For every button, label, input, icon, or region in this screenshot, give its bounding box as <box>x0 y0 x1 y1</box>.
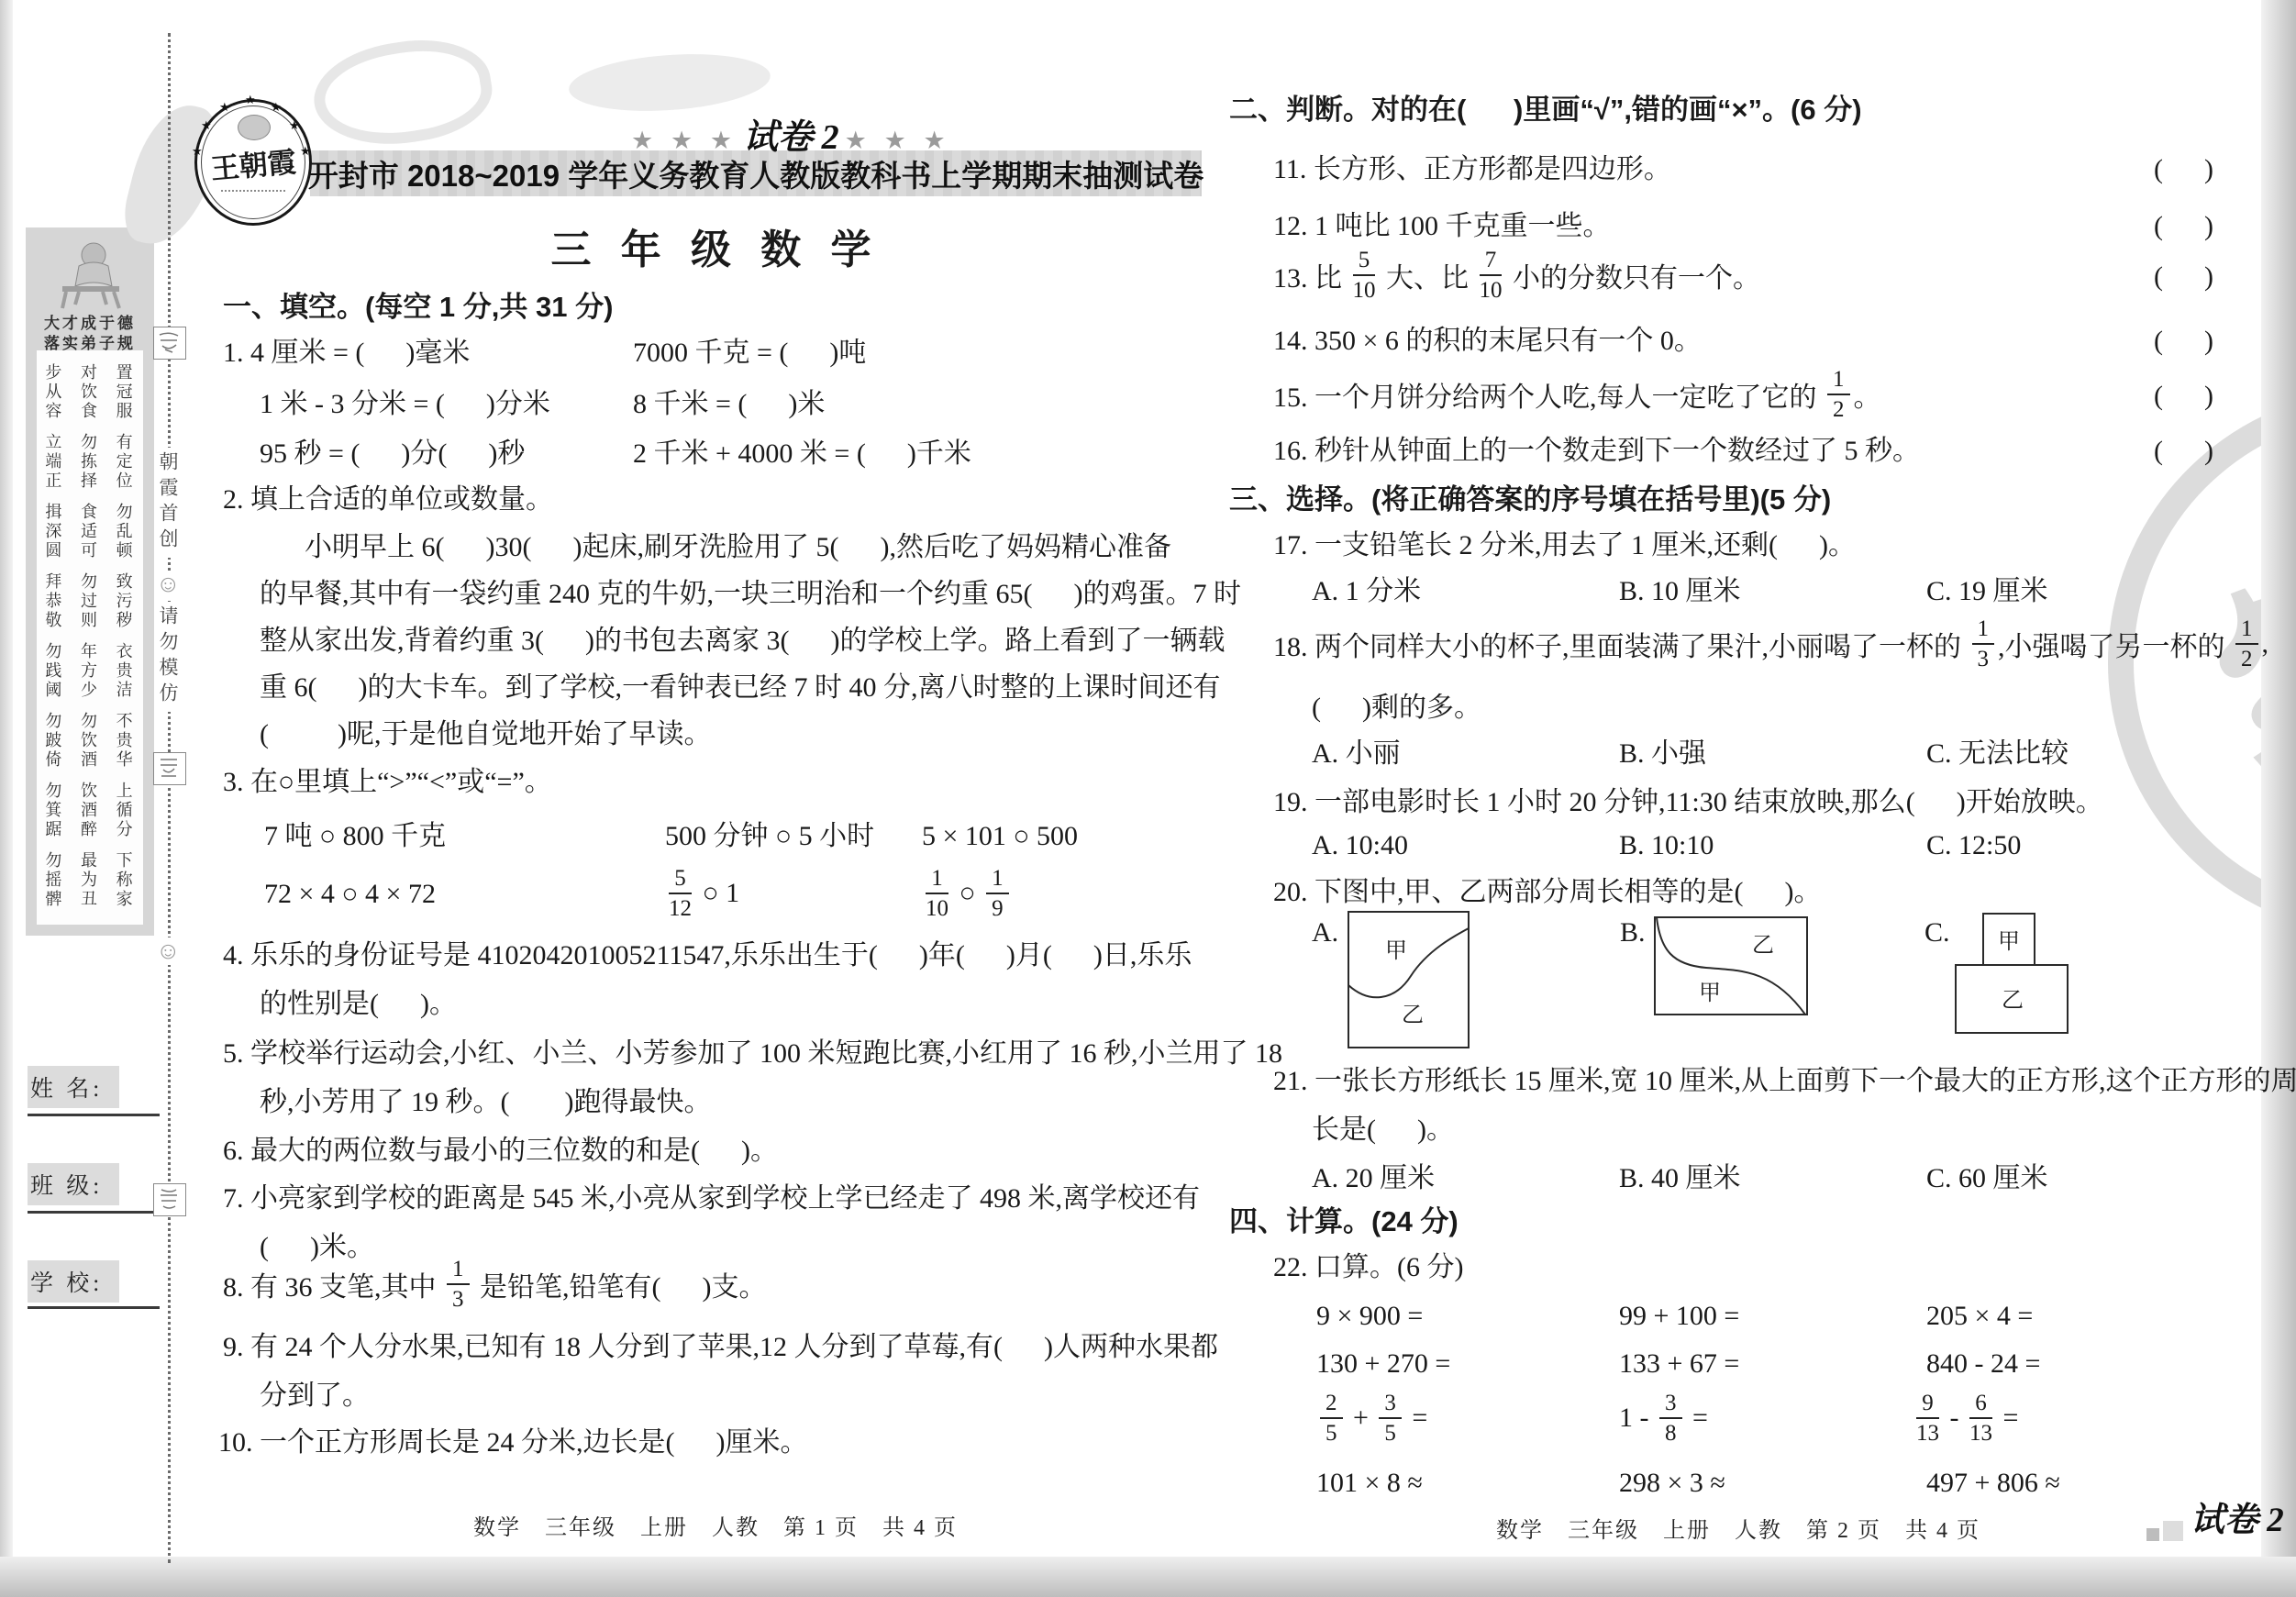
q3-r1-item2: 500 分钟 ○ 5 小时 <box>665 821 874 852</box>
calc-r4c2: 298 × 3 ≈ <box>1619 1468 1725 1499</box>
q3-r2-item3: 110 ○ 19 <box>922 860 1013 926</box>
section2-title: 二、判断。对的在( )里画“√”,错的画“×”。(6 分) <box>1229 94 1862 126</box>
judge-item-11: 11. 长方形、正方形都是四边形。 <box>1273 154 1671 185</box>
verse-phrase: 勿拣择 <box>81 433 99 491</box>
verse-phrase: 勿践阈 <box>45 642 63 700</box>
judge-item-16: 16. 秒针从钟面上的一个数走到下一个数经过了 5 秒。 <box>1273 436 1920 467</box>
svg-text:乙: 乙 <box>1402 1004 1424 1027</box>
q19-option-a[interactable]: A. 10:40 <box>1312 830 1408 861</box>
q18-option-a[interactable]: A. 小丽 <box>1312 738 1401 770</box>
star-icon: ★ <box>245 93 256 107</box>
fraction: 13 <box>1972 616 1995 672</box>
seal-stamp-icon <box>153 327 186 360</box>
fraction: 35 <box>1379 1391 1402 1447</box>
fold-dotted-line <box>168 33 171 1563</box>
scan-edge-right <box>2261 0 2296 1597</box>
stars-right: ★ ★ ★ <box>845 127 951 154</box>
q5-line1: 5. 学校举行运动会,小红、小兰、小芳参加了 100 米短跑比赛,小红用了 16… <box>223 1038 1282 1070</box>
q1-row3-left: 95 秒 = ( )分( )秒 <box>260 438 525 470</box>
verse-phrase: 上循分 <box>116 782 135 839</box>
q20-figure-c: 甲 乙 <box>1950 910 2079 1038</box>
dizigui-verse-panel: 步从容 立端正 揖深圆 拜恭敬 勿践阈 勿跛倚 勿箕踞 勿摇髀 对饮食 勿拣择 … <box>37 350 143 925</box>
corner-square-icon <box>2146 1528 2159 1541</box>
verse-column-1: 步从容 立端正 揖深圆 拜恭敬 勿践阈 勿跛倚 勿箕踞 勿摇髀 <box>45 363 63 925</box>
calc-r1c1: 9 × 900 = <box>1316 1301 1423 1332</box>
q18-line1: 18. 两个同样大小的杯子,里面装满了果汁,小丽喝了一杯的 13 ,小强喝了另一… <box>1273 609 2268 679</box>
q17-option-b[interactable]: B. 10 厘米 <box>1619 576 1741 607</box>
verse-phrase: 致污秽 <box>116 572 135 630</box>
q3-intro: 3. 在○里填上“>”“<”或“=”。 <box>223 767 552 798</box>
q3-r2-item2: 512 ○ 1 <box>665 860 739 926</box>
q19-text: 19. 一部电影时长 1 小时 20 分钟,11:30 结束放映,那么( )开始… <box>1273 787 2103 818</box>
verse-phrase: 最为丑 <box>81 851 99 909</box>
q3-r2-item1: 72 × 4 ○ 4 × 72 <box>264 879 436 910</box>
judge-item-12: 12. 1 吨比 100 千克重一些。 <box>1273 211 1611 242</box>
calc-r1c3: 205 × 4 = <box>1926 1301 2033 1332</box>
q17-text: 17. 一支铅笔长 2 分米,用去了 1 厘米,还剩( )。 <box>1273 530 1856 561</box>
star-icon: ★ <box>201 118 212 133</box>
moral-sidebar: 大才成于德 落实弟子规 步从容 立端正 揖深圆 拜恭敬 勿践阈 勿跛倚 勿箕踞 … <box>26 227 154 936</box>
q21-line2: 长是( )。 <box>1312 1115 1454 1146</box>
q9-line2: 分到了。 <box>260 1381 370 1412</box>
q2-line5: ( )呢,于是他自觉地开始了早读。 <box>260 719 711 750</box>
class-field-label: 班 级: <box>28 1163 119 1205</box>
name-field-blank[interactable] <box>28 1114 160 1116</box>
calc-r2c3: 840 - 24 = <box>1926 1348 2040 1380</box>
fraction: 613 <box>1969 1391 1992 1447</box>
q2-line4: 重 6( )的大卡车。到了学校,一看钟表已经 7 时 40 分,离八时整的上课时… <box>260 672 1220 704</box>
q3-r1-item1: 7 吨 ○ 800 千克 <box>264 821 446 852</box>
calc-r1c2: 99 + 100 = <box>1619 1301 1739 1332</box>
q1-row3-right: 2 千米 + 4000 米 = ( )千米 <box>633 438 971 470</box>
judge-blank-13[interactable]: ( ) <box>2154 261 2213 293</box>
scan-edge-left <box>0 0 13 1597</box>
fraction: 110 <box>926 866 948 922</box>
judge-item-14: 14. 350 × 6 的积的末尾只有一个 0。 <box>1273 326 1702 357</box>
q21-option-c[interactable]: C. 60 厘米 <box>1926 1163 2048 1194</box>
q7-line1: 7. 小亮家到学校的距离是 545 米,小亮从家到学校上学已经走了 498 米,… <box>223 1183 1200 1214</box>
q21-option-b[interactable]: B. 40 厘米 <box>1619 1163 1741 1194</box>
svg-text:甲: 甲 <box>1699 981 1721 1005</box>
q2-line2: 的早餐,其中有一袋约重 240 克的牛奶,一块三明治和一个约重 65( )的鸡蛋… <box>260 579 1241 610</box>
judge-blank-11[interactable]: ( ) <box>2154 154 2213 185</box>
reading-child-illustration <box>51 235 128 312</box>
verse-column-3: 置冠服 有定位 勿乱顿 致污秽 衣贵洁 不贵华 上循分 下称家 <box>116 363 135 925</box>
page2-footer: 数学 三年级 上册 人教 第 2 页 共 4 页 <box>1229 1512 2247 1544</box>
ribbon-bow-decoration <box>307 29 499 157</box>
smiley-icon: ☺ <box>156 937 181 965</box>
smiley-icon: ☺ <box>156 571 181 598</box>
q19-option-b[interactable]: B. 10:10 <box>1619 830 1714 861</box>
q1-row2-right: 8 千米 = ( )米 <box>633 389 825 420</box>
q19-option-c[interactable]: C. 12:50 <box>1926 830 2021 861</box>
judge-blank-12[interactable]: ( ) <box>2154 211 2213 242</box>
logo-tagline-rule <box>221 190 285 192</box>
svg-text:乙: 乙 <box>1752 934 1774 958</box>
section3-title: 三、选择。(将正确答案的序号填在括号里)(5 分) <box>1229 484 1831 516</box>
star-icon: ★ <box>271 100 282 115</box>
q2-line3: 整从家出发,背着约重 3( )的书包去离家 3( )的学校上学。路上看到了一辆载 <box>260 626 1225 657</box>
q4-line2: 的性别是( )。 <box>260 989 457 1020</box>
verse-phrase: 下称家 <box>116 851 135 909</box>
fraction: 510 <box>1353 248 1376 304</box>
exam-number: 试卷 2 <box>743 118 839 157</box>
calc-r2c2: 133 + 67 = <box>1619 1348 1739 1380</box>
calc-r3c1: 25 + 35 = <box>1316 1383 1427 1453</box>
calc-r4c3: 497 + 806 ≈ <box>1926 1468 2060 1499</box>
fraction: 913 <box>1916 1391 1939 1447</box>
calc-r3c3: 913 - 613 = <box>1913 1383 2018 1453</box>
fraction: 19 <box>986 866 1009 922</box>
publisher-logo: ★ ★ ★ ★ ★ ★ ★ 王朝霞 <box>194 99 312 226</box>
calc-r3c2: 1 - 38 = <box>1619 1383 1708 1453</box>
fraction: 710 <box>1480 248 1503 304</box>
q20-figure-b: 乙 甲 <box>1653 915 1809 1016</box>
verse-phrase: 勿跛倚 <box>45 712 63 770</box>
q20-text: 20. 下图中,甲、乙两部分周长相等的是( )。 <box>1273 877 1821 908</box>
verse-phrase: 年方少 <box>81 642 99 700</box>
q17-option-a[interactable]: A. 1 分米 <box>1312 576 1421 607</box>
q1-row1-right: 7000 千克 = ( )吨 <box>633 338 866 369</box>
verse-phrase: 衣贵洁 <box>116 642 135 700</box>
q20-figure-c-label: C. <box>1924 917 1950 948</box>
q18-line2: ( )剩的多。 <box>1312 693 1481 724</box>
q4-line1: 4. 乐乐的身份证号是 410204201005211547,乐乐出生于( )年… <box>223 940 1192 971</box>
q20-figure-a-label: A. <box>1312 917 1338 948</box>
q22-intro: 22. 口算。(6 分) <box>1273 1252 1463 1283</box>
page1-footer: 数学 三年级 上册 人教 第 1 页 共 4 页 <box>229 1509 1202 1541</box>
verse-phrase: 拜恭敬 <box>45 572 63 630</box>
verse-phrase: 揖深圆 <box>45 503 63 560</box>
stars-left: ★ ★ ★ <box>631 127 738 154</box>
verse-phrase: 不贵华 <box>116 712 135 770</box>
fraction: 12 <box>1827 367 1850 423</box>
no-imitation-warning-vertical: 请勿模仿 <box>154 602 182 712</box>
calc-r4c1: 101 × 8 ≈ <box>1316 1468 1423 1499</box>
q2-line1: 小明早上 6( )30( )起床,刷牙洗脸用了 5( ),然后吃了妈妈精心准备 <box>305 532 1171 563</box>
corner-exam-label: 试卷 2 <box>2191 1492 2284 1541</box>
verse-phrase: 对饮食 <box>81 363 99 421</box>
fraction: 38 <box>1659 1391 1682 1447</box>
calc-r2c1: 130 + 270 = <box>1316 1348 1450 1380</box>
judge-blank-16[interactable]: ( ) <box>2154 436 2213 467</box>
q8-text: 8. 有 36 支笔,其中 13 是铅笔,铅笔有( )支。 <box>223 1249 766 1319</box>
svg-text:甲: 甲 <box>1998 930 2020 954</box>
verse-phrase: 饮酒醉 <box>81 782 99 839</box>
verse-phrase: 勿摇髀 <box>45 851 63 909</box>
fraction: 12 <box>2235 616 2258 672</box>
judge-item-15: 15. 一个月饼分给两个人吃,每人一定吃了它的 12 。 <box>1273 360 1881 429</box>
seal-stamp-icon <box>153 1183 186 1216</box>
q1-row1-left: 1. 4 厘米 = ( )毫米 <box>223 338 470 369</box>
q21-option-a[interactable]: A. 20 厘米 <box>1312 1163 1435 1194</box>
sidebar-motto-line1: 大才成于德 <box>26 314 154 334</box>
judge-blank-14[interactable]: ( ) <box>2154 326 2213 357</box>
verse-phrase: 立端正 <box>45 433 63 491</box>
q5-line2: 秒,小芳用了 19 秒。( )跑得最快。 <box>260 1087 711 1118</box>
q17-option-c[interactable]: C. 19 厘米 <box>1926 576 2048 607</box>
q6-text: 6. 最大的两位数与最小的三位数的和是( )。 <box>223 1136 778 1167</box>
fraction: 512 <box>669 866 692 922</box>
verse-phrase: 有定位 <box>116 433 135 491</box>
svg-text:甲: 甲 <box>1385 939 1407 963</box>
corner-square-icon <box>2163 1521 2183 1541</box>
q18-option-c[interactable]: C. 无法比较 <box>1926 738 2069 770</box>
brand-note-vertical: 朝霞首创 <box>154 448 182 558</box>
class-field-blank[interactable] <box>28 1211 160 1214</box>
verse-column-2: 对饮食 勿拣择 食适可 勿过则 年方少 勿饮酒 饮酒醉 最为丑 <box>81 363 99 925</box>
verse-phrase: 置冠服 <box>116 363 135 421</box>
q3-r1-item3: 5 × 101 ○ 500 <box>922 821 1078 852</box>
svg-text:乙: 乙 <box>2002 989 2024 1013</box>
verse-phrase: 勿过则 <box>81 572 99 630</box>
star-icon: ★ <box>219 100 230 115</box>
exam-number-heading: ★ ★ ★试卷 2★ ★ ★ <box>631 108 951 159</box>
fraction: 25 <box>1320 1391 1343 1447</box>
exam-sheet-scan: 密 朝霞首创 ☺ 请勿模仿 ☺ 大才成于德 落实弟子规 步从容 立端正 揖深圆 <box>0 0 2296 1597</box>
q21-line1: 21. 一张长方形纸长 15 厘米,宽 10 厘米,从上面剪下一个最大的正方形,… <box>1273 1066 2296 1097</box>
grade-subject-title: 三 年 级 数 学 <box>229 216 1202 275</box>
q1-row2-left: 1 米 - 3 分米 = ( )分米 <box>260 389 550 420</box>
star-icon: ★ <box>289 118 300 133</box>
q18-option-b[interactable]: B. 小强 <box>1619 738 1706 770</box>
publisher-logo-text: 王朝霞 <box>195 138 310 188</box>
q9-line1: 9. 有 24 个人分水果,已知有 18 人分到了苹果,12 人分到了草莓,有(… <box>223 1332 1218 1363</box>
ribbon-tail-decoration <box>567 48 772 116</box>
judge-item-13: 13. 比 510 大、比 710 小的分数只有一个。 <box>1273 240 1760 310</box>
scan-edge-bottom <box>0 1557 2296 1597</box>
q2-intro: 2. 填上合适的单位或数量。 <box>223 484 553 516</box>
verse-phrase: 勿饮酒 <box>81 712 99 770</box>
name-field-label: 姓 名: <box>28 1066 119 1108</box>
school-field-blank[interactable] <box>28 1306 160 1309</box>
verse-phrase: 食适可 <box>81 503 99 560</box>
section1-title: 一、填空。(每空 1 分,共 31 分) <box>223 292 613 323</box>
seal-stamp-icon <box>153 752 186 785</box>
q20-figure-a: 甲 乙 <box>1347 910 1470 1049</box>
q20-figure-b-label: B. <box>1620 917 1646 948</box>
q10-text: 10. 一个正方形周长是 24 分米,边长是( )厘米。 <box>218 1427 807 1458</box>
verse-phrase: 步从容 <box>45 363 63 421</box>
school-field-label: 学 校: <box>28 1260 119 1303</box>
fraction: 13 <box>447 1257 470 1313</box>
author-photo <box>238 115 271 140</box>
judge-blank-15[interactable]: ( ) <box>2154 381 2213 412</box>
verse-phrase: 勿箕踞 <box>45 782 63 839</box>
section4-title: 四、计算。(24 分) <box>1229 1206 1459 1237</box>
verse-phrase: 勿乱顿 <box>116 503 135 560</box>
exam-corner-tab: 试卷 2 <box>2146 1492 2284 1541</box>
